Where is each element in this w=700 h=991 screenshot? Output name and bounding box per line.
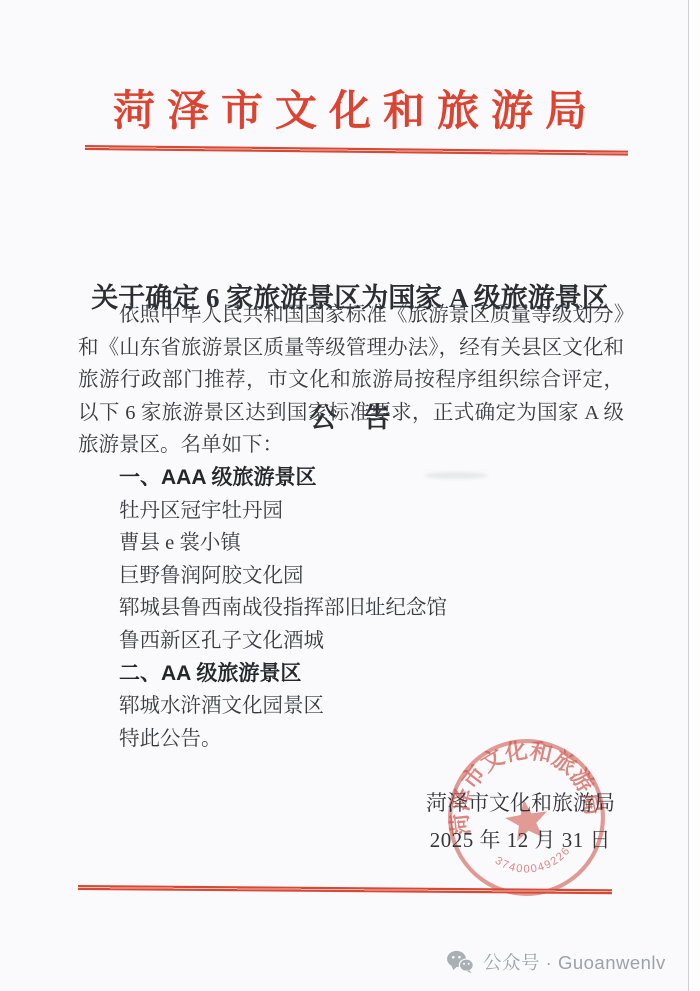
wechat-icon [446, 950, 474, 974]
signature-block: 菏泽市文化和旅游局 2025 年 12 月 31 日 [380, 785, 615, 858]
wechat-account-badge: 公众号 · Guoanwenlv [446, 947, 666, 977]
section-heading-aa: 二、AA 级旅游景区 [78, 658, 624, 691]
list-item: 郓城县鲁西南战役指挥部旧址纪念馆 [78, 592, 624, 625]
wechat-account-label: 公众号 · Guoanwenlv [483, 949, 666, 975]
list-item: 牡丹区冠宇牡丹园 [78, 495, 624, 528]
closing-statement: 特此公告。 [78, 723, 624, 756]
list-item: 郓城水浒酒文化园景区 [78, 690, 624, 723]
section-heading-aaa: 一、AAA 级旅游景区 [78, 462, 624, 495]
scan-smudge-artifact [424, 472, 488, 479]
list-item: 鲁西新区孔子文化酒城 [78, 625, 624, 658]
letterhead-red-rule [85, 145, 628, 156]
scanned-document-page: 菏泽市文化和旅游局 关于确定 6 家旅游景区为国家 A 级旅游景区 公 告 依照… [0, 0, 700, 991]
scan-page-edge-line [688, 0, 689, 991]
signature-date: 2025 年 12 月 31 日 [380, 822, 615, 859]
signature-agency: 菏泽市文化和旅游局 [380, 785, 615, 822]
body-paragraph: 依照中华人民共和国国家标准《旅游景区质量等级划分》和《山东省旅游景区质量等级管理… [78, 299, 624, 462]
list-item: 曹县 e 裳小镇 [78, 527, 624, 560]
footer-red-rule [78, 885, 612, 894]
scan-margin-strip [689, 0, 700, 991]
letterhead-agency-title: 菏泽市文化和旅游局 [0, 88, 700, 136]
list-item: 巨野鲁润阿胶文化园 [78, 560, 624, 593]
document-body: 依照中华人民共和国国家标准《旅游景区质量等级划分》和《山东省旅游景区质量等级管理… [78, 299, 624, 755]
